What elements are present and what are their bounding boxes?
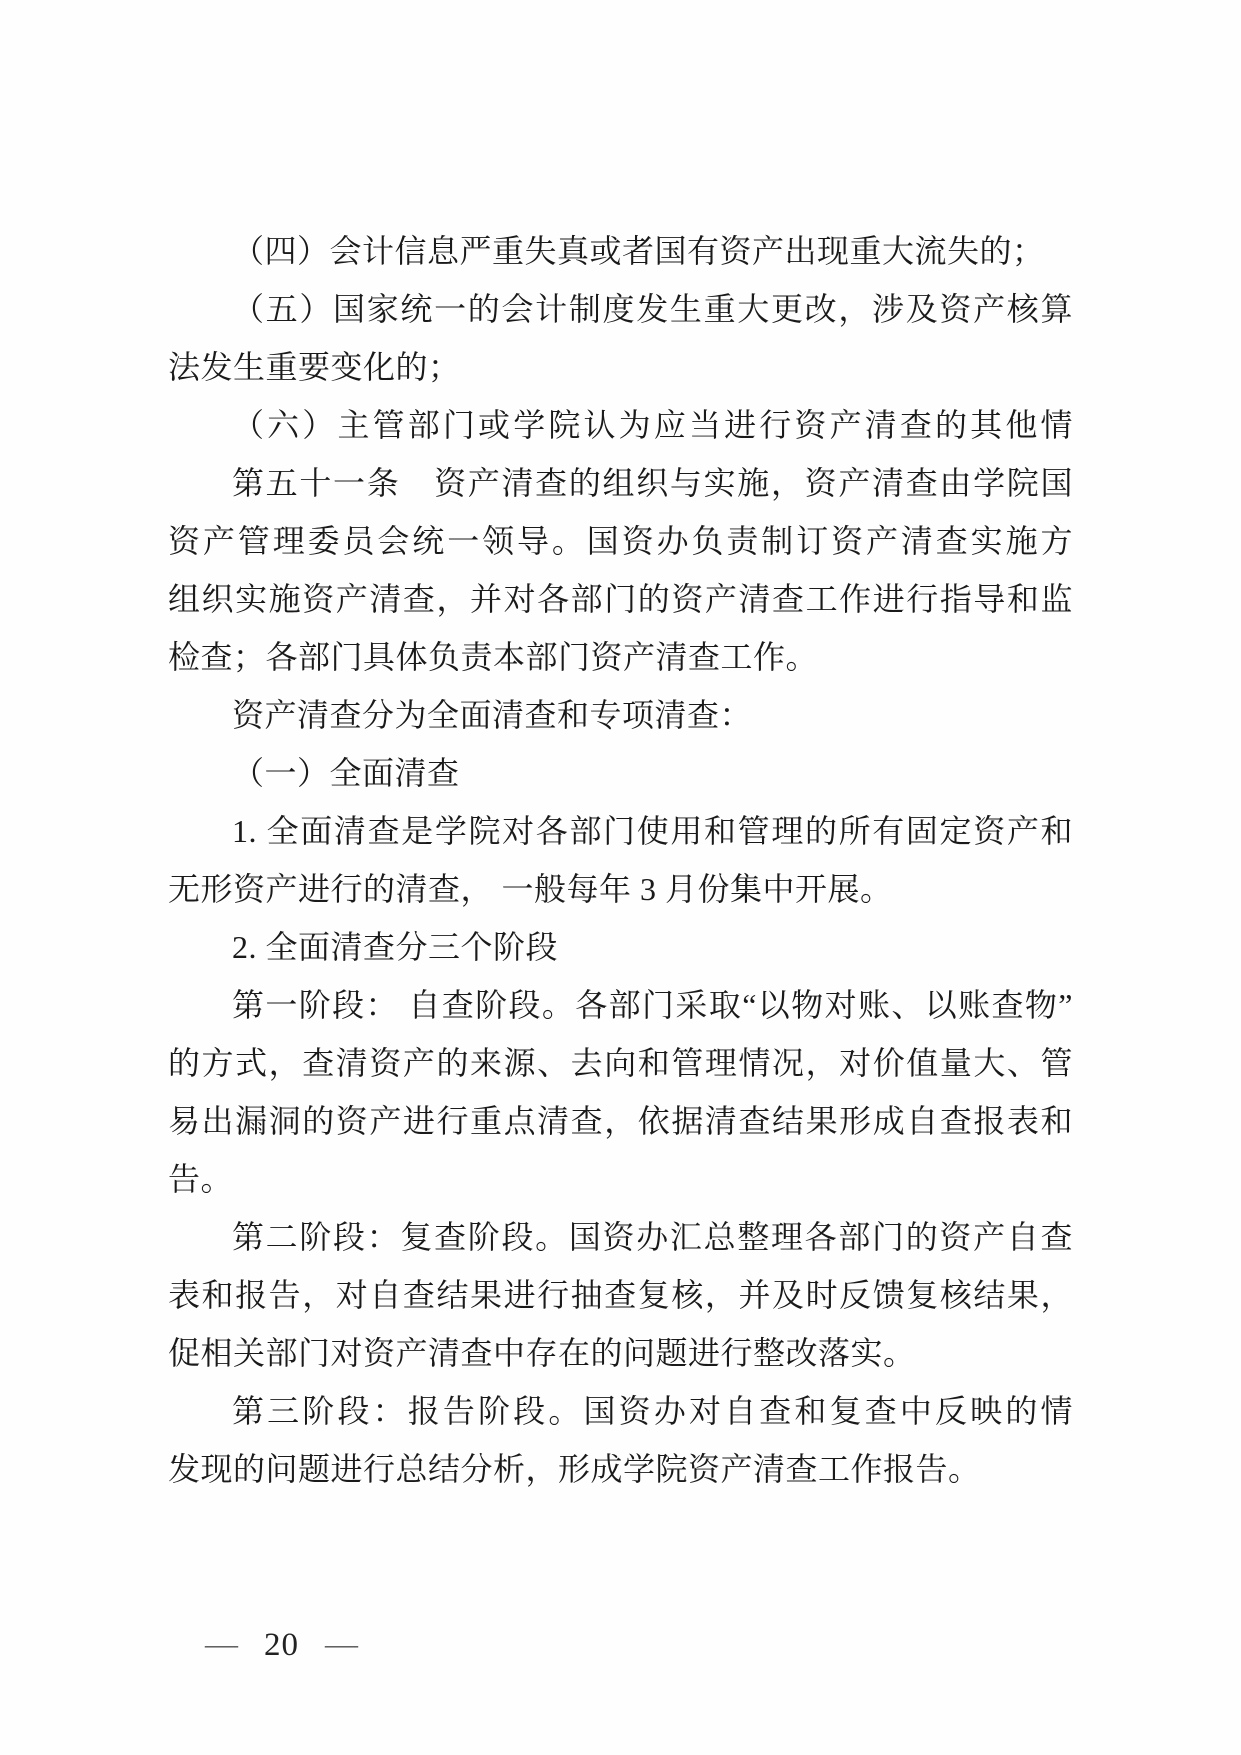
paragraph: 2. 全面清查分三个阶段 — [168, 918, 1073, 976]
text-line: 第二阶段：复查阶段。国资办汇总整理各部门的资产自查报 — [168, 1208, 1073, 1266]
paragraph: 第五十一条 资产清查的组织与实施，资产清查由学院国有资产管理委员会统一领导。国资… — [168, 454, 1073, 686]
page-number: 20 — [264, 1618, 299, 1672]
paragraph: 资产清查分为全面清查和专项清查： — [168, 686, 1073, 744]
text-line: 易出漏洞的资产进行重点清查，依据清查结果形成自查报表和报 — [168, 1092, 1073, 1150]
text-line: （五）国家统一的会计制度发生重大更改，涉及资产核算方 — [168, 280, 1073, 338]
text-line: 促相关部门对资产清查中存在的问题进行整改落实。 — [168, 1324, 1073, 1382]
text-line: 表和报告，对自查结果进行抽查复核，并及时反馈复核结果，督 — [168, 1266, 1073, 1324]
paragraph: （一）全面清查 — [168, 744, 1073, 802]
text-line: （一）全面清查 — [168, 744, 1073, 802]
text-line: （四）会计信息严重失真或者国有资产出现重大流失的； — [168, 222, 1073, 280]
text-line: 检查；各部门具体负责本部门资产清查工作。 — [168, 628, 1073, 686]
text-line: 的方式，查清资产的来源、去向和管理情况，对价值量大、管理 — [168, 1034, 1073, 1092]
document-page: （四）会计信息严重失真或者国有资产出现重大流失的；（五）国家统一的会计制度发生重… — [0, 0, 1241, 1755]
text-line: 第五十一条 资产清查的组织与实施，资产清查由学院国有 — [168, 454, 1073, 512]
text-line: 1. 全面清查是学院对各部门使用和管理的所有固定资产和 — [168, 802, 1073, 860]
paragraph: 第二阶段：复查阶段。国资办汇总整理各部门的资产自查报表和报告，对自查结果进行抽查… — [168, 1208, 1073, 1382]
text-line: 资产管理委员会统一领导。国资办负责制订资产清查实施方案， — [168, 512, 1073, 570]
paragraph: 1. 全面清查是学院对各部门使用和管理的所有固定资产和无形资产进行的清查， 一般… — [168, 802, 1073, 918]
paragraph: （六）主管部门或学院认为应当进行资产清查的其他情形。 — [168, 396, 1073, 454]
paragraph: （四）会计信息严重失真或者国有资产出现重大流失的； — [168, 222, 1073, 280]
text-line: 资产清查分为全面清查和专项清查： — [168, 686, 1073, 744]
text-line: 告。 — [168, 1150, 1073, 1208]
paragraph: 第三阶段：报告阶段。国资办对自查和复查中反映的情况、发现的问题进行总结分析，形成… — [168, 1382, 1073, 1498]
paragraph: 第一阶段： 自查阶段。各部门采取“以物对账、以账查物”的方式，查清资产的来源、去… — [168, 976, 1073, 1208]
footer-dash-left: — — [205, 1623, 238, 1666]
text-line: 第一阶段： 自查阶段。各部门采取“以物对账、以账查物” — [168, 976, 1073, 1034]
text-line: 无形资产进行的清查， 一般每年 3 月份集中开展。 — [168, 860, 1073, 918]
page-footer: — 20 — — [205, 1618, 358, 1672]
footer-dash-right: — — [325, 1623, 358, 1666]
document-body: （四）会计信息严重失真或者国有资产出现重大流失的；（五）国家统一的会计制度发生重… — [168, 222, 1073, 1498]
paragraph: （五）国家统一的会计制度发生重大更改，涉及资产核算方法发生重要变化的； — [168, 280, 1073, 396]
text-line: 法发生重要变化的； — [168, 338, 1073, 396]
text-line: 组织实施资产清查，并对各部门的资产清查工作进行指导和监督 — [168, 570, 1073, 628]
text-line: （六）主管部门或学院认为应当进行资产清查的其他情形。 — [168, 396, 1073, 454]
text-line: 2. 全面清查分三个阶段 — [168, 918, 1073, 976]
text-line: 发现的问题进行总结分析，形成学院资产清查工作报告。 — [168, 1440, 1073, 1498]
text-line: 第三阶段：报告阶段。国资办对自查和复查中反映的情况、 — [168, 1382, 1073, 1440]
